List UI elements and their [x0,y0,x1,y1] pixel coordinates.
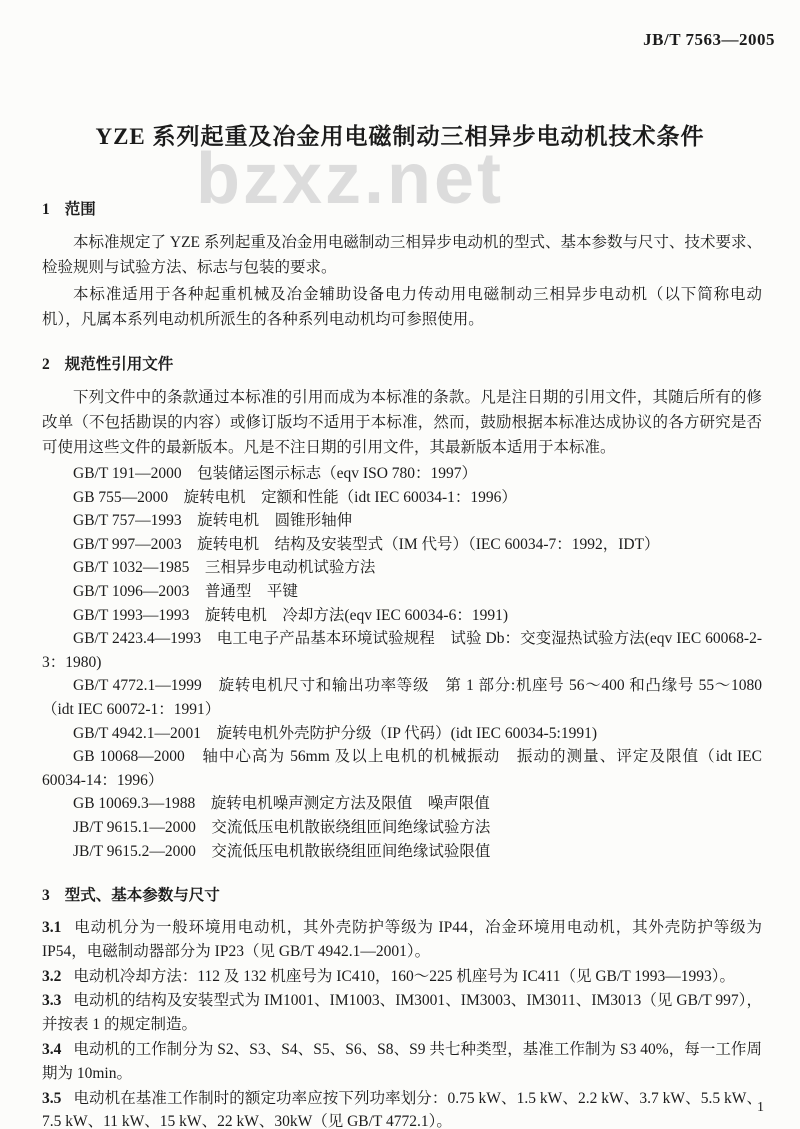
reference-item: GB/T 1032—1985 三相异步电动机试验方法 [42,556,762,580]
reference-item: GB 10068—2000 轴中心高为 56mm 及以上电机的机械振动 振动的测… [42,745,762,792]
reference-item: JB/T 9615.1—2000 交流低压电机散嵌绕组匝间绝缘试验方法 [42,816,762,840]
scope-paragraph-2: 本标准适用于各种起重机械及冶金辅助设备电力传动用电磁制动三相异步电动机（以下简称… [42,282,762,332]
clause-3-4-number: 3.4 [42,1038,61,1062]
section-1-number: 1 [42,198,50,222]
reference-item: GB/T 4942.1—2001 旋转电机外壳防护分级（IP 代码）(idt I… [42,722,762,746]
clause-3-2-number: 3.2 [42,965,61,989]
standard-number: JB/T 7563—2005 [0,0,775,50]
clause-3-2: 3.2电动机冷却方法：112 及 132 机座号为 IC410，160～225 … [42,965,762,989]
scope-paragraph-1: 本标准规定了 YZE 系列起重及冶金用电磁制动三相异步电动机的型式、基本参数与尺… [42,230,762,280]
reference-item: GB/T 757—1993 旋转电机 圆锥形轴伸 [42,509,762,533]
clause-3-1-number: 3.1 [42,916,61,940]
section-1-title: 范围 [65,201,96,218]
reference-item: GB 755—2000 旋转电机 定额和性能（idt IEC 60034-1：1… [42,486,762,510]
reference-list: GB/T 191—2000 包装储运图示标志（eqv ISO 780：1997）… [42,462,762,863]
clause-3-2-text: 电动机冷却方法：112 及 132 机座号为 IC410，160～225 机座号… [73,968,735,985]
page-number: 1 [757,1100,764,1116]
reference-item: GB/T 4772.1—1999 旋转电机尺寸和输出功率等级 第 1 部分:机座… [42,674,762,721]
document-title: YZE 系列起重及冶金用电磁制动三相异步电动机技术条件 [40,121,760,153]
reference-item: GB/T 1096—2003 普通型 平键 [42,580,762,604]
clause-3-1: 3.1电动机分为一般环境用电动机，其外壳防护等级为 IP44，冶金环境用电动机，… [42,916,762,964]
reference-item: GB/T 2423.4—1993 电工电子产品基本环境试验规程 试验 Db：交变… [42,627,762,674]
section-2-number: 2 [42,353,50,377]
reference-item: GB/T 1993—1993 旋转电机 冷却方法(eqv IEC 60034-6… [42,604,762,628]
section-1-heading: 1范围 [42,198,762,222]
reference-item: GB 10069.3—1988 旋转电机噪声测定方法及限值 噪声限值 [42,792,762,816]
document-body: 1范围 本标准规定了 YZE 系列起重及冶金用电磁制动三相异步电动机的型式、基本… [42,198,762,1129]
section-3-title: 型式、基本参数与尺寸 [65,887,220,904]
clause-list: 3.1电动机分为一般环境用电动机，其外壳防护等级为 IP44，冶金环境用电动机，… [42,916,762,1129]
section-2-title: 规范性引用文件 [65,356,174,373]
section-2-heading: 2规范性引用文件 [42,353,762,377]
section-3-number: 3 [42,884,50,908]
clause-3-3-number: 3.3 [42,989,61,1013]
clause-3-3-text: 电动机的结构及安装型式为 IM1001、IM1003、IM3001、IM3003… [42,992,762,1033]
clause-3-3: 3.3电动机的结构及安装型式为 IM1001、IM1003、IM3001、IM3… [42,989,762,1037]
clause-3-5-number: 3.5 [42,1087,61,1111]
clause-3-5: 3.5电动机在基准工作制时的额定功率应按下列功率划分：0.75 kW、1.5 k… [42,1087,762,1129]
clause-3-1-text: 电动机分为一般环境用电动机，其外壳防护等级为 IP44，冶金环境用电动机，其外壳… [42,919,762,960]
document-page: JB/T 7563—2005 bzxz.net YZE 系列起重及冶金用电磁制动… [0,0,800,1129]
reference-item: GB/T 191—2000 包装储运图示标志（eqv ISO 780：1997） [42,462,762,486]
references-intro-paragraph: 下列文件中的条款通过本标准的引用而成为本标准的条款。凡是注日期的引用文件，其随后… [42,385,762,460]
reference-item: GB/T 997—2003 旋转电机 结构及安装型式（IM 代号）（IEC 60… [42,533,762,557]
reference-item: JB/T 9615.2—2000 交流低压电机散嵌绕组匝间绝缘试验限值 [42,840,762,864]
section-3-heading: 3型式、基本参数与尺寸 [42,884,762,908]
clause-3-5-text: 电动机在基准工作制时的额定功率应按下列功率划分：0.75 kW、1.5 kW、2… [42,1090,762,1129]
clause-3-4-text: 电动机的工作制分为 S2、S3、S4、S5、S6、S8、S9 共七种类型，基准工… [42,1041,762,1082]
clause-3-4: 3.4电动机的工作制分为 S2、S3、S4、S5、S6、S8、S9 共七种类型，… [42,1038,762,1086]
